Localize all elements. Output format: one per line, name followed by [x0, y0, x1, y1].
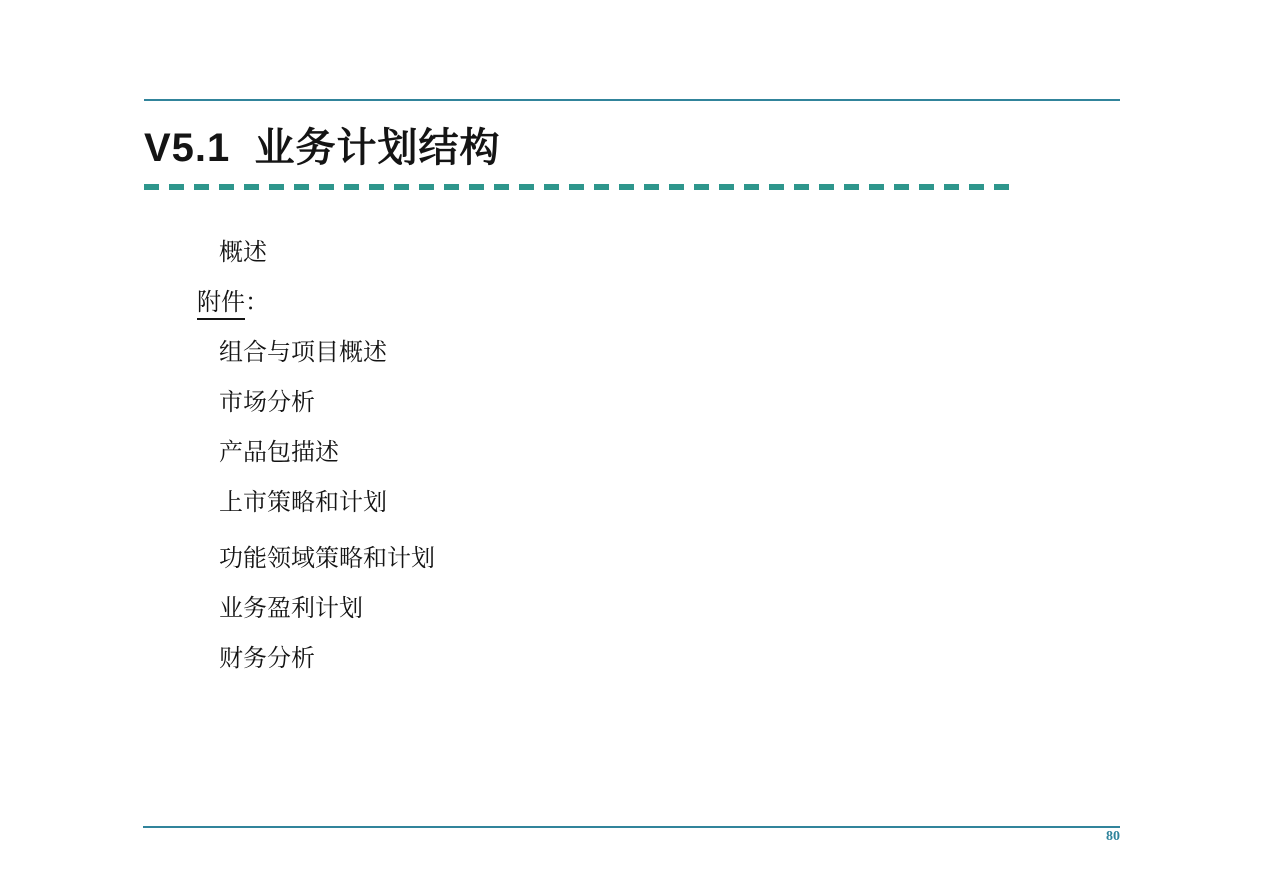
list-item: 产品包描述: [197, 428, 435, 478]
page-title: V5.1 业务计划结构: [144, 124, 501, 172]
page-number: 80: [1098, 829, 1128, 845]
list-item: 市场分析: [197, 378, 435, 428]
list-item: 功能领域策略和计划: [197, 534, 435, 584]
bottom-rule: [143, 826, 1120, 828]
content-list: 概述 附件： 组合与项目概述 市场分析 产品包描述 上市策略和计划 功能领域策略…: [197, 228, 435, 684]
list-item: 上市策略和计划: [197, 478, 435, 528]
slide: V5.1 业务计划结构 概述 附件： 组合与项目概述 市场分析 产品包描述 上市…: [0, 0, 1263, 892]
list-item: 业务盈利计划: [197, 584, 435, 634]
attachments-colon: ：: [245, 290, 269, 316]
attachments-label: 附件: [197, 290, 245, 320]
list-item: 财务分析: [197, 634, 435, 684]
list-item-attachments: 附件：: [197, 278, 435, 328]
dashed-divider: [144, 184, 1012, 190]
list-item: 组合与项目概述: [197, 328, 435, 378]
list-item-overview: 概述: [197, 228, 435, 278]
top-rule: [144, 99, 1120, 101]
